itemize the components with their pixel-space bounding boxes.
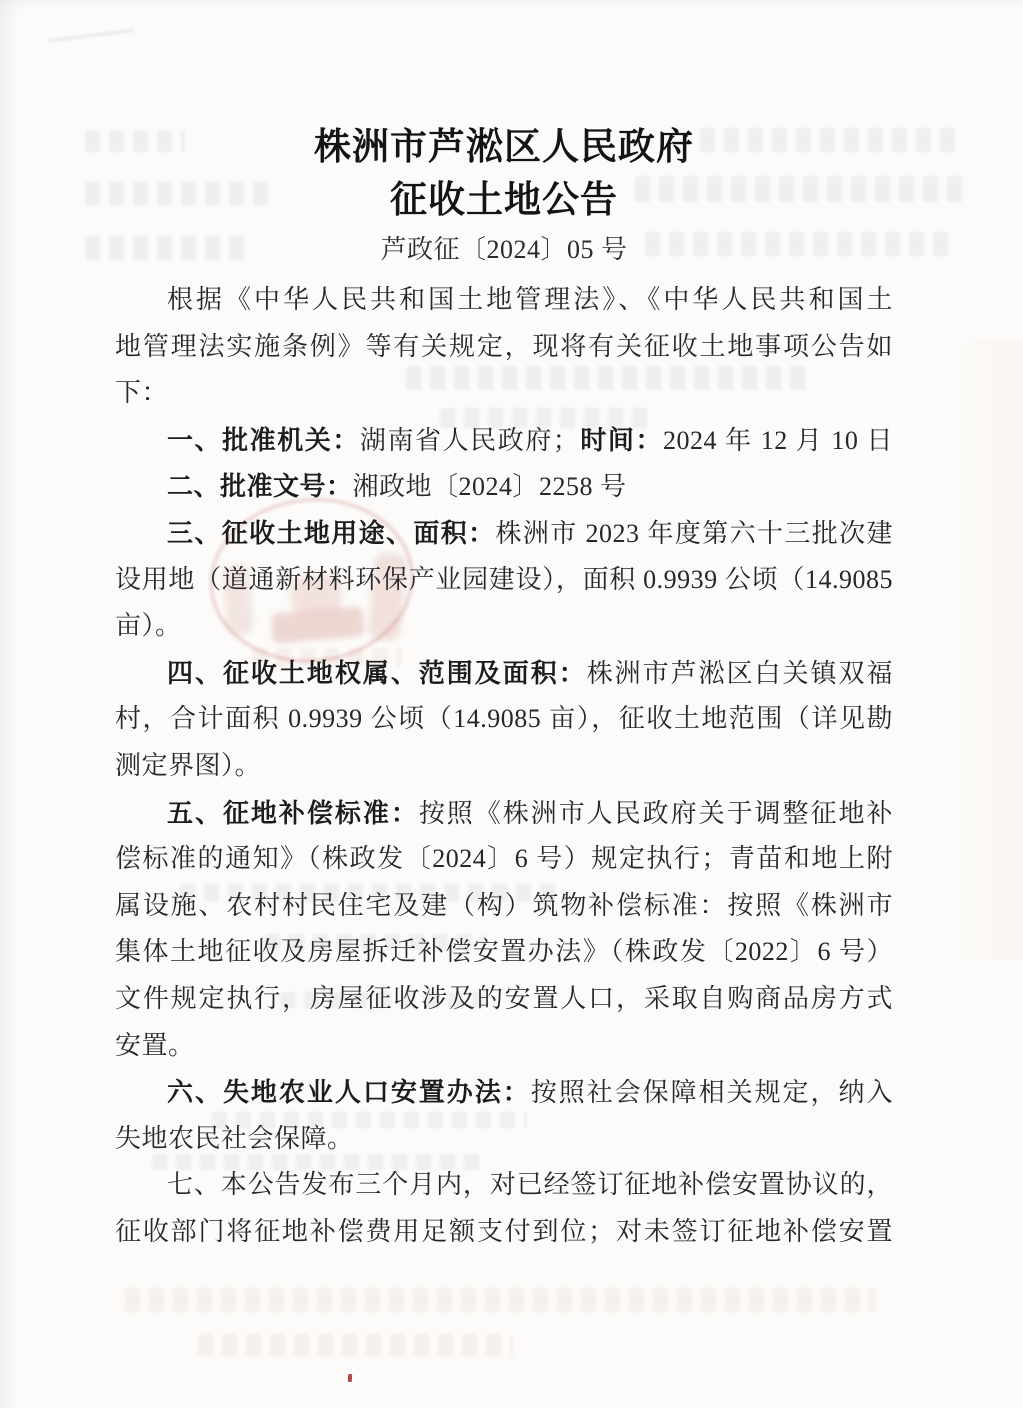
body-text: 株洲市 2023 年度第六十三批次建: [496, 519, 893, 548]
scan-edge-shade-top: [0, 0, 1023, 12]
body-text: 地管理法实施条例》等有关规定，现将有关征收土地事项公告如: [115, 332, 893, 361]
body-line: 设用地（道通新材料环保产业园建设），面积 0.9939 公顷（14.9085: [115, 557, 893, 604]
body-line: 属设施、农村村民住宅及建（构）筑物补偿标准：按照《株洲市: [115, 883, 893, 930]
document-number: 芦政征〔2024〕05 号: [115, 228, 893, 272]
body-text: 亩）。: [115, 611, 182, 640]
body-line: 文件规定执行，房屋征收涉及的安置人口，采取自购商品房方式: [115, 976, 893, 1023]
body-line: 失地农民社会保障。: [115, 1116, 893, 1163]
body-text: 七、本公告发布三个月内，对已经签订征地补偿安置协议的，: [167, 1170, 893, 1199]
body-text: 征收部门将征地补偿费用足额支付到位；对未签订征地补偿安置: [115, 1217, 893, 1246]
body-line: 三、征收土地用途、面积：株洲市 2023 年度第六十三批次建: [115, 510, 893, 557]
body-line: 测定界图）。: [115, 743, 893, 790]
body-line: 亩）。: [115, 603, 893, 650]
body-text: 按照《株洲市人民政府关于调整征地补: [419, 799, 893, 828]
body-line: 四、征收土地权属、范围及面积：株洲市芦淞区白关镇双福: [115, 650, 893, 697]
body-text: 文件规定执行，房屋征收涉及的安置人口，采取自购商品房方式: [115, 984, 893, 1013]
body-text: 按照社会保障相关规定，纳入: [531, 1078, 893, 1107]
body-text: 偿标准的通知》（株政发〔2024〕6 号）规定执行；青苗和地上附: [115, 844, 893, 873]
body-text: 2024 年 12 月 10 日: [663, 426, 893, 455]
section-heading-text: 一、批准机关：: [167, 425, 360, 455]
document-page: 株洲市芦淞区人民政府 征收土地公告 芦政征〔2024〕05 号 根据《中华人民共…: [0, 0, 1023, 1408]
body-text: 下：: [115, 378, 168, 407]
body-text: 属设施、农村村民住宅及建（构）筑物补偿标准：按照《株洲市: [115, 891, 893, 920]
bleedthrough-smudge-red: [125, 1288, 875, 1312]
body-text: 失地农民社会保障。: [115, 1124, 354, 1153]
bleedthrough-smudge-red: [198, 1334, 513, 1356]
body-lines: 根据《中华人民共和国土地管理法》、《中华人民共和国土地管理法实施条例》等有关规定…: [115, 277, 893, 1255]
body-line: 七、本公告发布三个月内，对已经签订征地补偿安置协议的，: [115, 1162, 893, 1209]
body-text: 设用地（道通新材料环保产业园建设），面积 0.9939 公顷（14.9085: [115, 565, 893, 594]
red-ink-mark: [348, 1374, 353, 1382]
scan-edge-tint-right: [953, 340, 1023, 960]
section-heading-text: 二、批准文号：: [167, 471, 353, 501]
body-text: 株洲市芦淞区白关镇双福: [587, 659, 893, 688]
scan-scratch-mark: [48, 29, 134, 42]
body-text: 根据《中华人民共和国土地管理法》、《中华人民共和国土: [167, 285, 893, 314]
body-line: 地管理法实施条例》等有关规定，现将有关征收土地事项公告如: [115, 324, 893, 371]
body-line: 安置。: [115, 1023, 893, 1070]
body-text: 测定界图）。: [115, 751, 261, 780]
body-line: 村，合计面积 0.9939 公顷（14.9085 亩），征收土地范围（详见勘: [115, 696, 893, 743]
body-line: 集体土地征收及房屋拆迁补偿安置办法》（株政发〔2022〕6 号）: [115, 929, 893, 976]
body-line: 五、征地补偿标准：按照《株洲市人民政府关于调整征地补: [115, 790, 893, 837]
body-text: 村，合计面积 0.9939 公顷（14.9085 亩），征收土地范围（详见勘: [115, 704, 893, 733]
body-line: 偿标准的通知》（株政发〔2024〕6 号）规定执行；青苗和地上附: [115, 836, 893, 883]
section-heading-text: 四、征收土地权属、范围及面积：: [167, 658, 587, 688]
body-text: 安置。: [115, 1031, 195, 1060]
body-line: 一、批准机关：湖南省人民政府；时间：2024 年 12 月 10 日: [115, 417, 893, 464]
body-line: 根据《中华人民共和国土地管理法》、《中华人民共和国土: [115, 277, 893, 324]
document-title-line1: 株洲市芦淞区人民政府: [115, 122, 893, 174]
body-line: 六、失地农业人口安置办法：按照社会保障相关规定，纳入: [115, 1069, 893, 1116]
document-title-line2: 征收土地公告: [115, 176, 893, 226]
body-text: 湖南省人民政府；: [360, 426, 579, 455]
body-text: 湘政地〔2024〕2258 号: [353, 472, 627, 501]
section-heading-text: 时间：: [579, 425, 663, 455]
scan-edge-shade-left: [0, 0, 20, 1408]
body-line: 下：: [115, 370, 893, 417]
body-line: 二、批准文号：湘政地〔2024〕2258 号: [115, 463, 893, 510]
body-line: 征收部门将征地补偿费用足额支付到位；对未签订征地补偿安置: [115, 1209, 893, 1256]
body-text: 集体土地征收及房屋拆迁补偿安置办法》（株政发〔2022〕6 号）: [115, 937, 893, 966]
section-heading-text: 五、征地补偿标准：: [167, 798, 419, 828]
section-heading-text: 六、失地农业人口安置办法：: [167, 1077, 531, 1107]
section-heading-text: 三、征收土地用途、面积：: [167, 518, 496, 548]
